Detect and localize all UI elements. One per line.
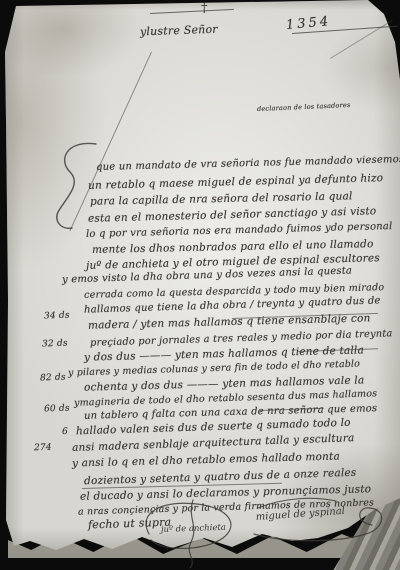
margin-figure: 34 ds xyxy=(44,311,70,322)
margin-figure: 60 ds xyxy=(44,404,70,415)
cross-icon: † xyxy=(201,1,208,16)
margin-figure: 6 xyxy=(62,427,68,437)
signature-espinal-name: miguel de yspinal xyxy=(255,506,345,523)
signature-espinal: miguel de yspinal xyxy=(248,492,398,554)
margin-figure: 32 ds xyxy=(42,339,68,350)
manuscript-photograph: † ylustre Señor 1354 declaraon de los ta… xyxy=(0,0,400,570)
invocation-heading: ylustre Señor xyxy=(140,23,218,39)
signature-anchieta-name: juº de anchieta xyxy=(159,523,226,535)
signature-anchieta: juº de anchieta xyxy=(135,496,255,570)
margin-figure: 82 ds xyxy=(40,373,66,384)
margin-figure: 274 xyxy=(34,443,52,454)
